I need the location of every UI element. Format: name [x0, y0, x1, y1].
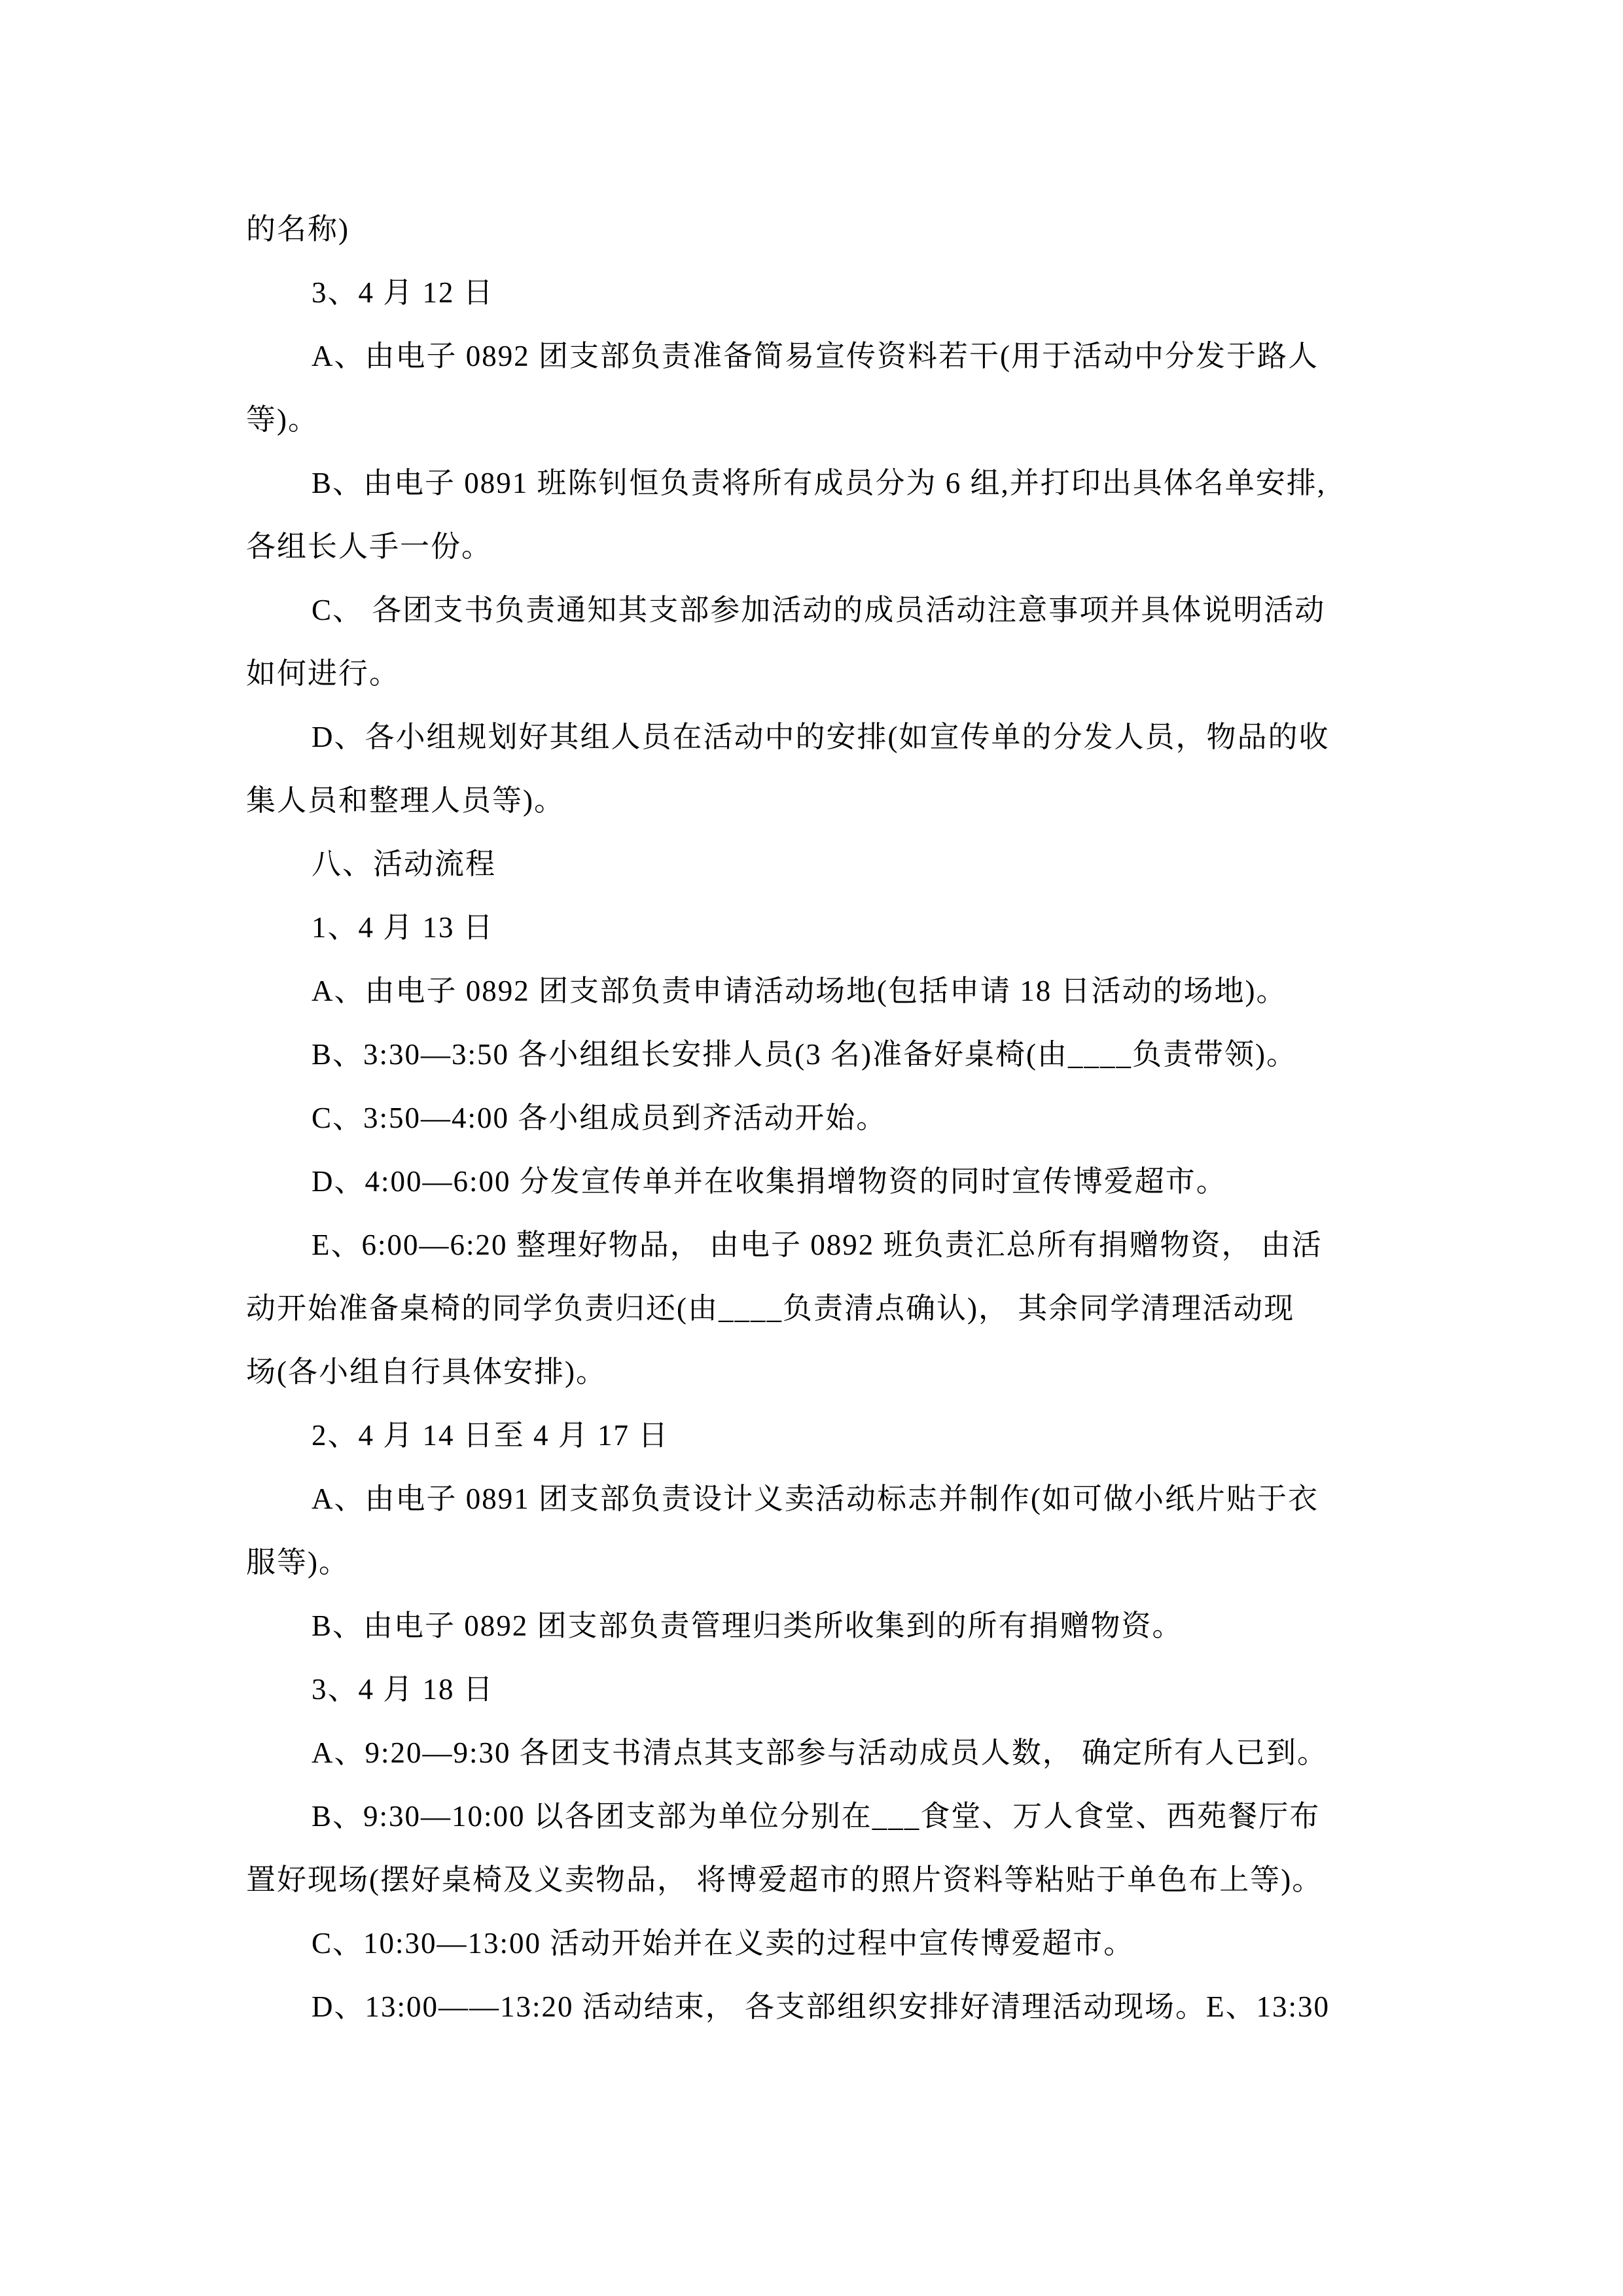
- text-line: B、3:30—3:50 各小组组长安排人员(3 名)准备好桌椅(由____负责带…: [246, 1023, 1427, 1086]
- text-line: B、由电子 0891 班陈钊恒负责将所有成员分为 6 组,并打印出具体名单安排,: [246, 452, 1427, 515]
- text-line: 八、活动流程: [246, 833, 1427, 896]
- text-line: 集人员和整理人员等)。: [246, 769, 1427, 833]
- text-line: C、 各团支书负责通知其支部参加活动的成员活动注意事项并具体说明活动: [246, 579, 1427, 642]
- text-line: B、由电子 0892 团支部负责管理归类所收集到的所有捐赠物资。: [246, 1594, 1427, 1658]
- text-line: 动开始准备桌椅的同学负责归还(由____负责清点确认)， 其余同学清理活动现: [246, 1277, 1427, 1340]
- text-line: D、13:00——13:20 活动结束， 各支部组织安排好清理活动现场。E、13…: [246, 1975, 1427, 2039]
- text-line: 2、4 月 14 日至 4 月 17 日: [246, 1404, 1427, 1467]
- text-line: 场(各小组自行具体安排)。: [246, 1340, 1427, 1404]
- text-line: E、6:00—6:20 整理好物品， 由电子 0892 班负责汇总所有捐赠物资，…: [246, 1213, 1427, 1277]
- text-line: 等)。: [246, 388, 1427, 452]
- text-line: 1、4 月 13 日: [246, 896, 1427, 960]
- text-line: 如何进行。: [246, 642, 1427, 706]
- text-line: D、4:00—6:00 分发宣传单并在收集捐增物资的同时宣传博爱超市。: [246, 1150, 1427, 1213]
- document-page: 的名称)3、4 月 12 日A、由电子 0892 团支部负责准备简易宣传资料若干…: [0, 0, 1623, 2296]
- text-line: A、由电子 0892 团支部负责申请活动场地(包括申请 18 日活动的场地)。: [246, 960, 1427, 1023]
- text-line: 3、4 月 12 日: [246, 261, 1427, 325]
- text-line: 的名称): [246, 198, 1427, 261]
- text-line: 各组长人手一份。: [246, 515, 1427, 579]
- text-line: A、由电子 0891 团支部负责设计义卖活动标志并制作(如可做小纸片贴于衣: [246, 1467, 1427, 1531]
- text-line: C、10:30—13:00 活动开始并在义卖的过程中宣传博爱超市。: [246, 1912, 1427, 1975]
- text-line: 服等)。: [246, 1531, 1427, 1594]
- text-line: C、3:50—4:00 各小组成员到齐活动开始。: [246, 1086, 1427, 1150]
- text-line: A、由电子 0892 团支部负责准备简易宣传资料若干(用于活动中分发于路人: [246, 325, 1427, 388]
- text-line: A、9:20—9:30 各团支书清点其支部参与活动成员人数， 确定所有人已到。: [246, 1721, 1427, 1785]
- text-line: D、各小组规划好其组人员在活动中的安排(如宣传单的分发人员，物品的收: [246, 706, 1427, 769]
- text-line: B、9:30—10:00 以各团支部为单位分别在___食堂、万人食堂、西苑餐厅布: [246, 1785, 1427, 1848]
- text-line: 置好现场(摆好桌椅及义卖物品， 将博爱超市的照片资料等粘贴于单色布上等)。: [246, 1848, 1427, 1912]
- text-line: 3、4 月 18 日: [246, 1658, 1427, 1721]
